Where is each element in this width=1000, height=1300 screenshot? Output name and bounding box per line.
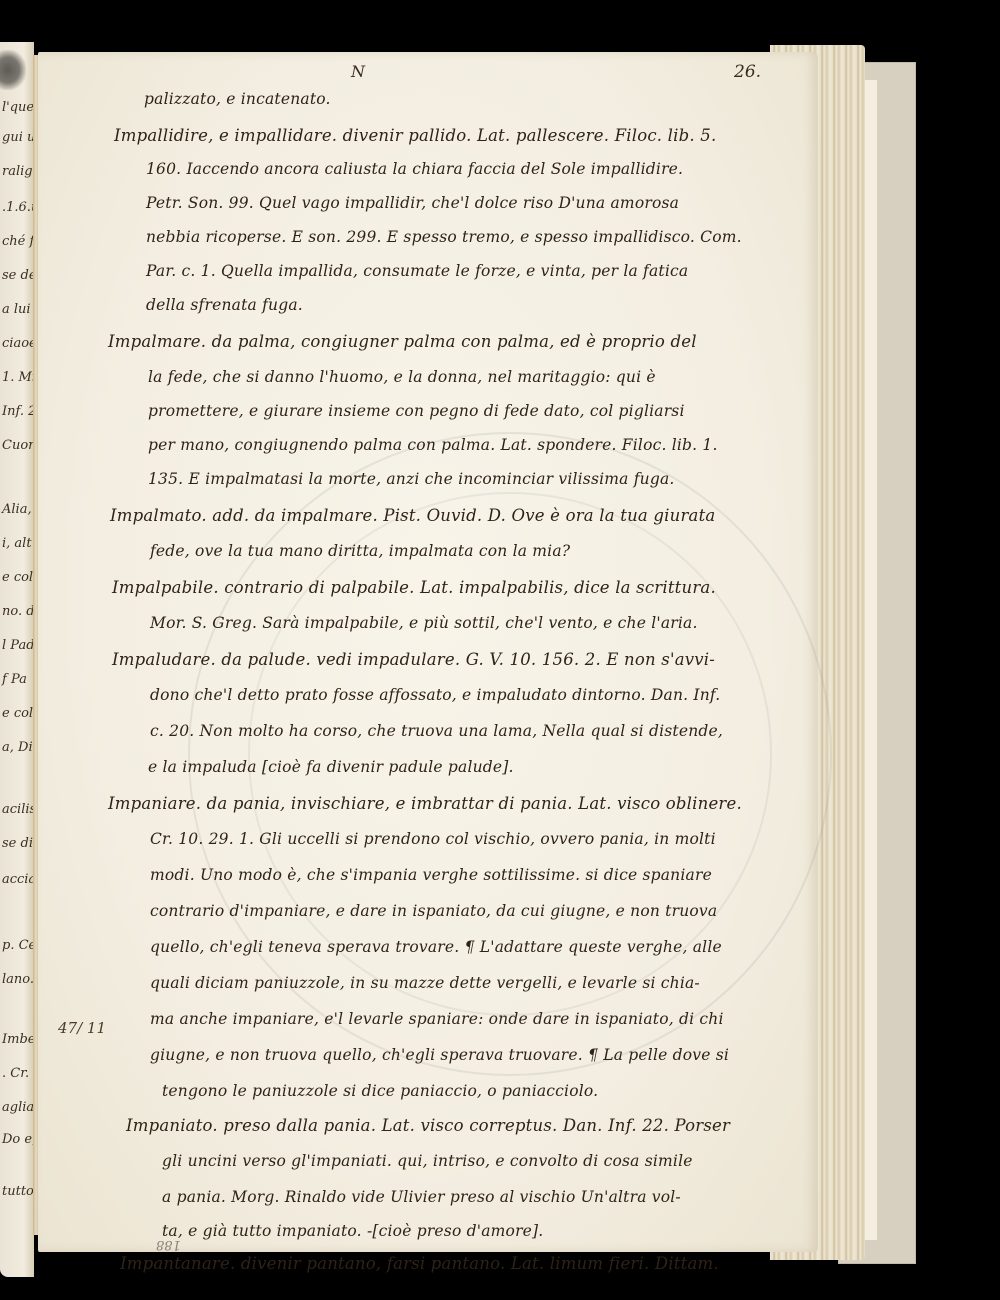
left-fragment: tutto xyxy=(2,1184,34,1199)
left-fragment: se de xyxy=(2,268,34,283)
text-line: ma anche impaniare, e'l levarle spaniare… xyxy=(150,1010,724,1028)
text-line: modi. Uno modo è, che s'impania verghe s… xyxy=(150,866,712,884)
text-line: dono che'l detto prato fosse affossato, … xyxy=(150,686,720,704)
manuscript-page: N 26. 47/ 11 188 palizzato, e incatenato… xyxy=(38,52,818,1252)
left-fragment: se di xyxy=(2,836,33,851)
left-fragment: raligu xyxy=(2,164,34,179)
text-line: c. 20. Non molto ha corso, che truova un… xyxy=(150,722,723,740)
stain-mark xyxy=(0,50,26,90)
text-line: 135. E impalmatasi la morte, anzi che in… xyxy=(148,470,675,488)
text-line: fede, ove la tua mano diritta, impalmata… xyxy=(150,542,570,560)
text-line: la fede, che si danno l'huomo, e la donn… xyxy=(148,368,656,386)
entry-headword-line: Impallidire, e impallidare. divenir pall… xyxy=(114,126,716,145)
left-fragment: Inf. 22 xyxy=(2,404,34,419)
text-line: per mano, congiugnendo palma con palma. … xyxy=(148,436,718,454)
text-line: giugne, e non truova quello, ch'egli spe… xyxy=(150,1046,729,1064)
text-line: Mor. S. Greg. Sarà impalpabile, e più so… xyxy=(150,614,698,632)
left-fragment: l Padr xyxy=(2,638,34,653)
left-fragment: aglia xyxy=(2,1100,34,1115)
text-line: a pania. Morg. Rinaldo vide Ulivier pres… xyxy=(162,1188,681,1206)
entry-headword-line: Impaniare. da pania, invischiare, e imbr… xyxy=(108,794,742,813)
text-line: gli uncini verso gl'impaniati. qui, intr… xyxy=(162,1152,693,1170)
left-page: l'ques gui u raligu .1.6.u ché fu se de … xyxy=(0,42,34,1277)
text-line: contrario d'impaniare, e dare in ispania… xyxy=(150,902,717,920)
text-line: Cr. 10. 29. 1. Gli uccelli si prendono c… xyxy=(150,830,716,848)
left-fragment: i, alt xyxy=(2,536,32,551)
text-line: tengono le paniuzzole si dice paniaccio,… xyxy=(162,1082,598,1100)
left-fragment: lano. xyxy=(2,972,34,987)
text-line: Petr. Son. 99. Quel vago impallidir, che… xyxy=(146,194,679,212)
left-fragment: Alia, p xyxy=(2,502,34,517)
left-fragment: Imbe xyxy=(2,1032,34,1047)
left-fragment: acilis xyxy=(2,802,34,817)
left-fragment: e colu xyxy=(2,570,34,585)
entry-headword-line: Impalpabile. contrario di palpabile. Lat… xyxy=(112,578,716,597)
left-fragment: Do eg xyxy=(2,1132,34,1147)
left-fragment: no. de xyxy=(2,604,34,619)
entry-headword-line: Impaniato. preso dalla pania. Lat. visco… xyxy=(126,1116,730,1135)
left-fragment: .1.6.u xyxy=(2,200,34,215)
left-fragment: a lui xyxy=(2,302,31,317)
entry-headword-line: Impalmato. add. da impalmare. Pist. Ouvi… xyxy=(110,506,715,525)
left-fragment: ché fu xyxy=(2,234,34,249)
text-line: nebbia ricoperse. E son. 299. E spesso t… xyxy=(146,228,742,246)
left-fragment: accia xyxy=(2,872,34,887)
manuscript-text: palizzato, e incatenato. Impallidire, e … xyxy=(38,52,818,1252)
left-fragment: l'ques xyxy=(2,100,34,115)
left-fragment: gui u xyxy=(2,130,34,145)
left-fragment: a, Di xyxy=(2,740,33,755)
text-line: ta, e già tutto impaniato. -[cioè preso … xyxy=(162,1222,543,1240)
text-line: promettere, e giurare insieme con pegno … xyxy=(148,402,685,420)
text-line: e la impaluda [cioè fa divenir padule pa… xyxy=(148,758,514,776)
left-fragment: . Cr. 5 xyxy=(2,1066,34,1081)
text-line: quello, ch'egli teneva sperava trovare. … xyxy=(150,938,722,956)
left-fragment: e colu xyxy=(2,706,34,721)
entry-headword-line: Impaludare. da palude. vedi impadulare. … xyxy=(112,650,715,669)
left-fragment: ciaoe xyxy=(2,336,34,351)
text-line: della sfrenata fuga. xyxy=(146,296,303,314)
entry-headword-line: Impalmare. da palma, congiugner palma co… xyxy=(108,332,697,351)
text-line: palizzato, e incatenato. xyxy=(144,90,331,108)
text-line: quali diciam paniuzzole, in su mazze det… xyxy=(150,974,700,992)
left-fragment: Cuor, xyxy=(2,438,34,453)
entry-headword-line: Impantanare. divenir pantano, farsi pant… xyxy=(120,1254,719,1273)
left-fragment: f Pa xyxy=(2,672,27,687)
text-line: 160. Iaccendo ancora caliusta la chiara … xyxy=(146,160,683,178)
text-line: Par. c. 1. Quella impallida, consumate l… xyxy=(146,262,688,280)
left-fragment: p. Cel xyxy=(2,938,34,953)
left-fragment: 1. Mi xyxy=(2,370,34,385)
